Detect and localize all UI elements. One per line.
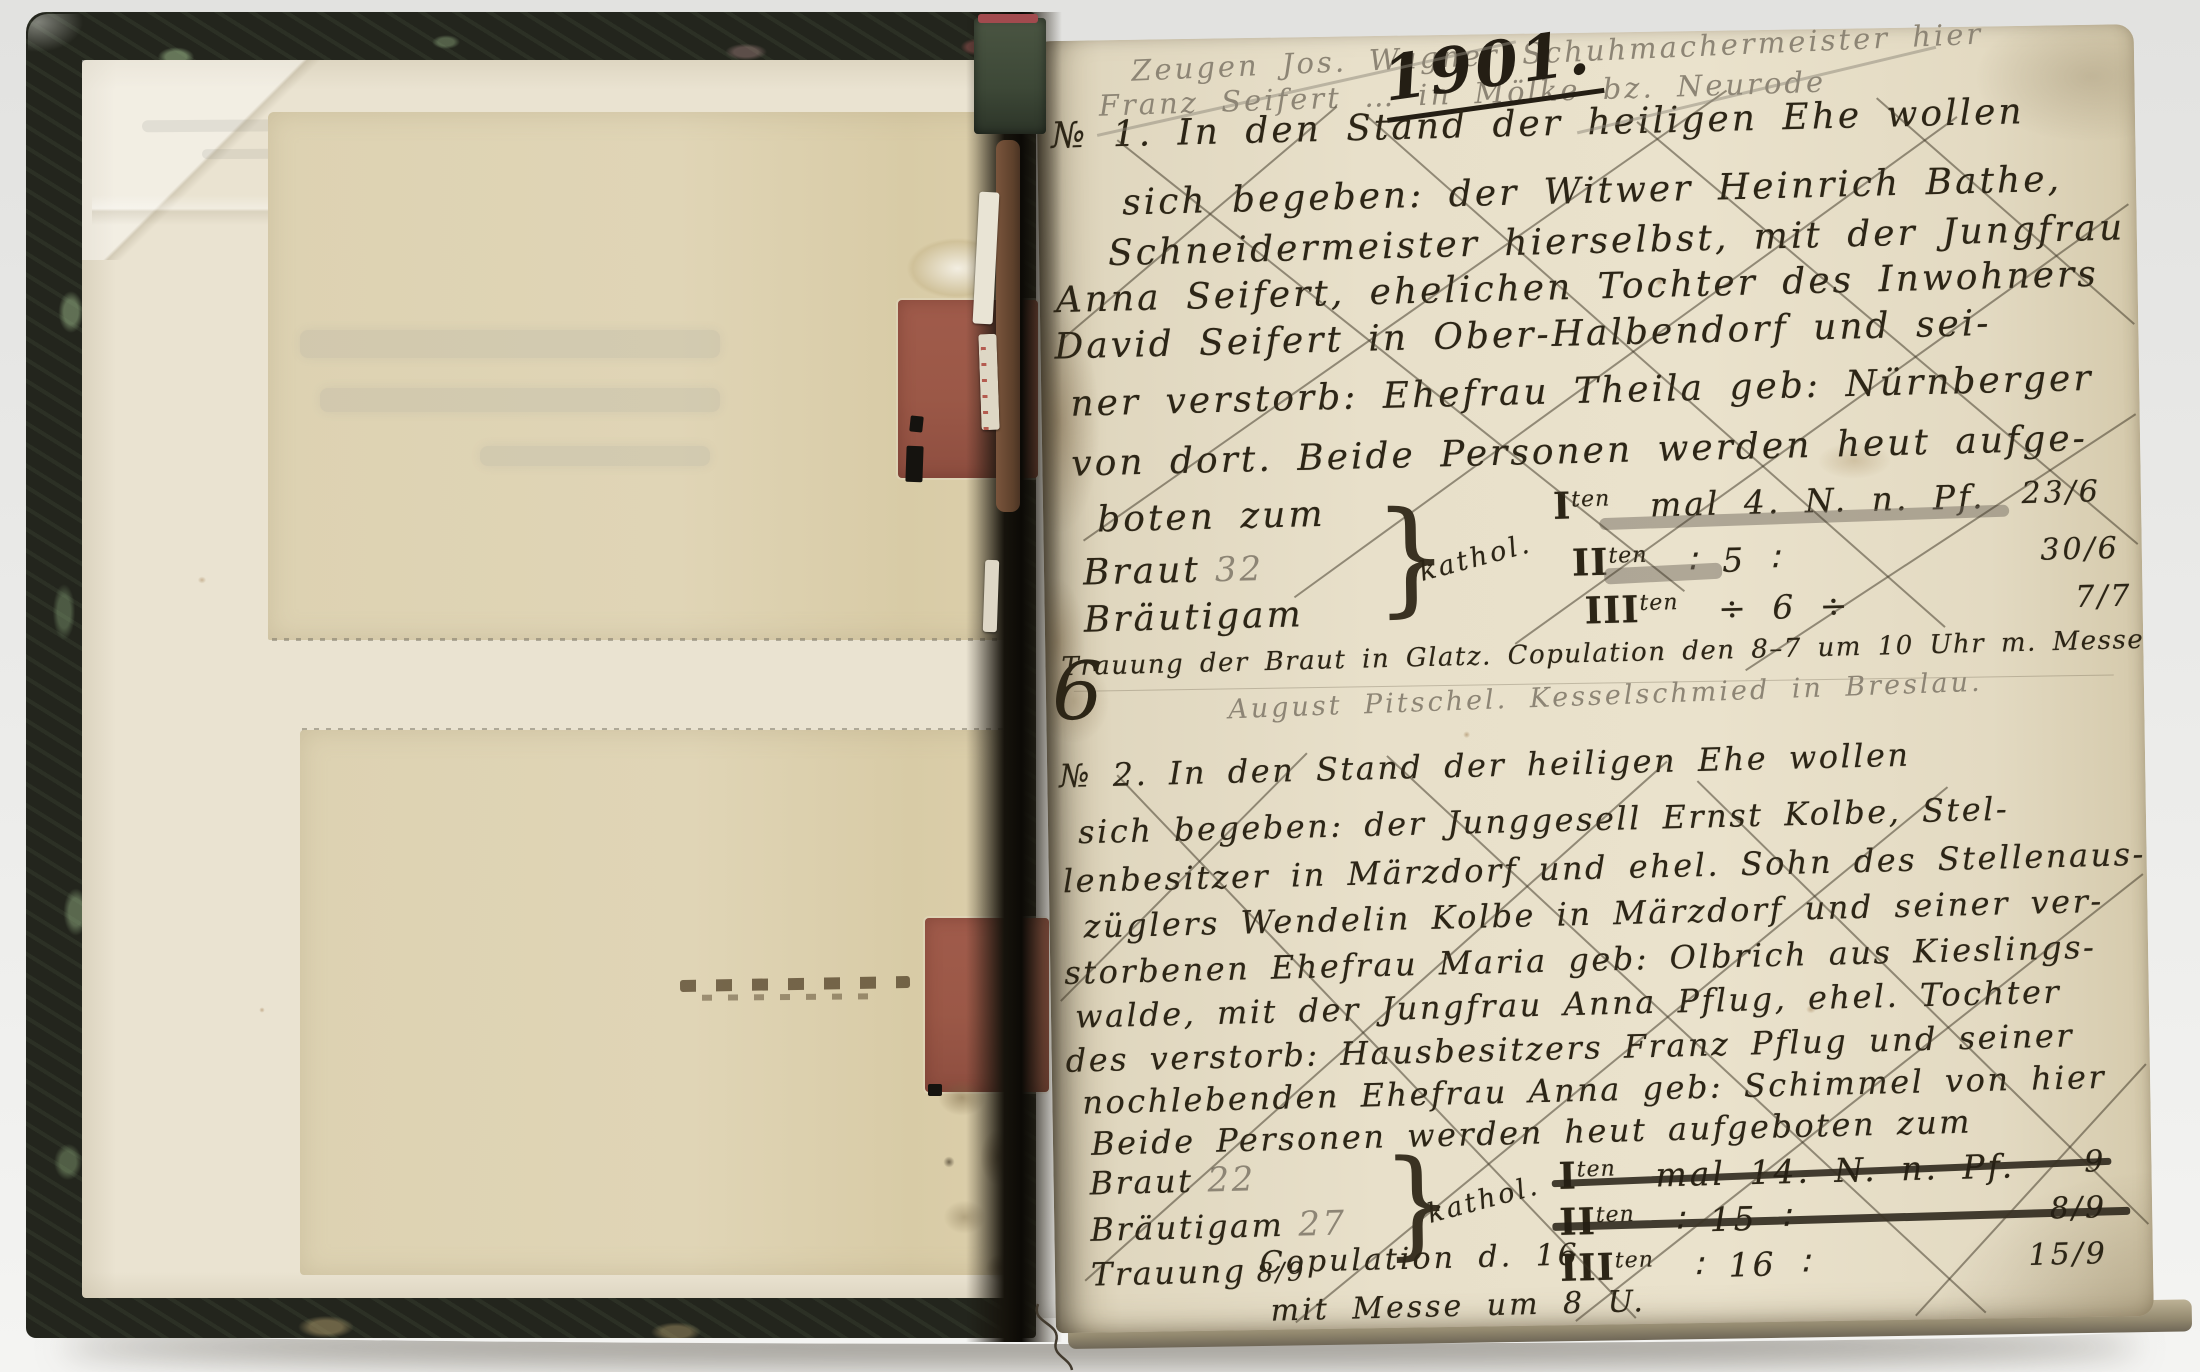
ink-mark [905, 446, 923, 483]
banns-text: ÷ 6 ÷ [1718, 586, 1851, 628]
groom-age: 27 [1298, 1203, 1347, 1244]
bride-age: 32 [1214, 549, 1264, 590]
groom-row: Bräutigam [1083, 594, 1304, 641]
torn-edge [272, 638, 1010, 641]
right-page-group: Zeugen Jos. Wagner Schuhmachermeister hi… [1036, 15, 2200, 1369]
ink-mark [909, 415, 924, 432]
bride-label: Braut [1083, 550, 1202, 594]
ghost-writing [480, 446, 710, 466]
roman-numeral: III [1584, 587, 1640, 632]
left-endpaper-page [82, 60, 1020, 1298]
bride-row: Braut22 [1089, 1159, 1256, 1203]
ghost-writing [320, 388, 720, 412]
groom-row: Bräutigam27 [1090, 1203, 1347, 1249]
entry1-line: boten zum [1097, 494, 1326, 541]
book-gutter [966, 12, 1062, 1342]
bride-label: Braut [1089, 1162, 1194, 1203]
ordinal-suffix: ten [1614, 1248, 1654, 1274]
spine-rod [996, 140, 1020, 512]
date-fraction: 15/9 [2028, 1236, 2108, 1273]
groom-label: Bräutigam [1090, 1206, 1285, 1249]
roman-numeral: I [1558, 1153, 1577, 1197]
ordinal-suffix: ten [1639, 590, 1679, 616]
ghost-writing [300, 330, 720, 358]
roman-numeral: I [1553, 483, 1572, 527]
date-fraction: 7/7 [2075, 579, 2133, 615]
ordinal-suffix: ten [1608, 543, 1648, 569]
bride-age: 22 [1207, 1159, 1256, 1200]
right-register-page: Zeugen Jos. Wagner Schuhmachermeister hi… [1036, 24, 2154, 1333]
torn-paper-fragment [983, 560, 1000, 632]
date-fraction: 30/6 [2040, 531, 2120, 568]
green-cloth-fragment [974, 18, 1046, 134]
groom-label: Bräutigam [1083, 594, 1304, 641]
pasted-pocket-bottom [300, 730, 1010, 1275]
wedding-label: Trauung [1091, 1252, 1247, 1294]
banns-text: ∶ 16 ∶ [1693, 1244, 1812, 1286]
date-fraction: 23/6 [2021, 474, 2101, 511]
bride-row: Braut32 [1083, 548, 1265, 594]
book-photograph: Zeugen Jos. Wagner Schuhmachermeister hi… [0, 0, 2200, 1372]
loose-thread [1000, 1302, 1130, 1372]
torn-paper-fragment [978, 334, 999, 431]
ordinal-suffix: ten [1571, 486, 1611, 512]
red-binding-fragment [978, 14, 1038, 23]
